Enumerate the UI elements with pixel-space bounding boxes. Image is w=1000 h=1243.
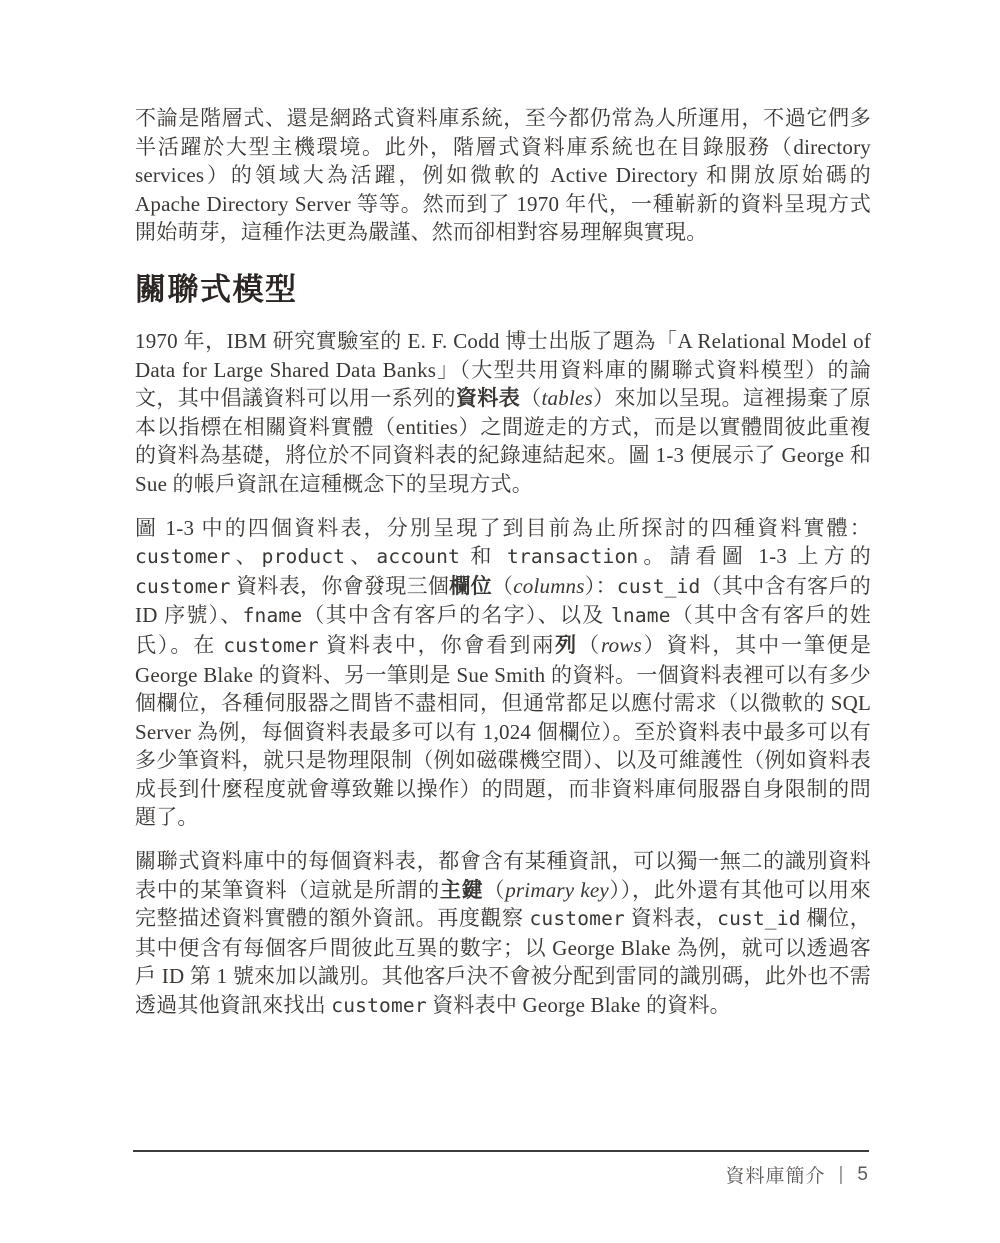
text-run-code: customer xyxy=(135,575,231,598)
text-run: 不論是階層式、還是網路式資料庫系統，至今都仍常為人所運用，不過它們多半活躍於大型… xyxy=(135,106,871,244)
text-run-code: product xyxy=(262,545,346,568)
text-run: 資料表， xyxy=(625,906,717,930)
text-run-it: tables xyxy=(542,386,593,410)
text-run: ）： xyxy=(585,574,617,598)
text-run-code: lname xyxy=(611,604,671,627)
text-run-term: 主鍵 xyxy=(440,878,484,902)
text-run: （ xyxy=(492,574,513,598)
text-run-code: fname xyxy=(243,604,303,627)
text-run: 資料表，你會發現三個 xyxy=(231,574,450,598)
text-run-code: cust_id xyxy=(717,907,801,930)
footer-divider xyxy=(133,1150,869,1152)
text-run: （其中含有客戶的名字）、以及 xyxy=(302,603,611,627)
text-run-code: customer xyxy=(223,634,319,657)
text-run: 、 xyxy=(345,544,376,568)
text-run-it: primary key xyxy=(505,878,609,902)
page-number: 5 xyxy=(857,1164,869,1186)
text-run: （ xyxy=(483,878,505,902)
text-run: （ xyxy=(578,633,601,657)
text-run: 、 xyxy=(231,544,262,568)
book-page: 不論是階層式、還是網路式資料庫系統，至今都仍常為人所運用，不過它們多半活躍於大型… xyxy=(0,0,1000,1243)
page-content: 不論是階層式、還是網路式資料庫系統，至今都仍常為人所運用，不過它們多半活躍於大型… xyxy=(135,104,871,1036)
text-run-code: transaction xyxy=(507,545,638,568)
footer-separator: | xyxy=(838,1164,844,1186)
paragraph-codd-relational-model: 1970 年，IBM 研究實驗室的 E. F. Codd 博士出版了題為「A R… xyxy=(135,327,871,499)
paragraph-figure-1-3-tables: 圖 1-3 中的四個資料表，分別呈現了到目前為止所探討的四種資料實體：custo… xyxy=(135,514,871,833)
text-run: （ xyxy=(520,386,541,410)
text-run-code: customer xyxy=(529,907,625,930)
paragraph-hierarchical-network-db: 不論是階層式、還是網路式資料庫系統，至今都仍常為人所運用，不過它們多半活躍於大型… xyxy=(135,104,871,247)
footer-text: 資料庫簡介 | 5 xyxy=(133,1161,869,1188)
text-run: 資料表中 George Blake 的資料。 xyxy=(427,993,731,1017)
text-run: 圖 1-3 中的四個資料表，分別呈現了到目前為止所探討的四種資料實體： xyxy=(135,516,871,540)
text-run-it: rows xyxy=(601,633,642,657)
text-run-code: customer xyxy=(135,545,231,568)
text-run: ）資料，其中一筆便是 George Blake 的資料、另一筆則是 Sue Sm… xyxy=(135,633,871,830)
text-run: 。請看圖 1-3 上方的 xyxy=(638,544,871,568)
text-run-code: customer xyxy=(331,994,427,1017)
text-run: 資料表中，你會看到兩 xyxy=(319,633,555,657)
paragraph-primary-key: 關聯式資料庫中的每個資料表，都會含有某種資訊，可以獨一無二的識別資料表中的某筆資… xyxy=(135,847,871,1021)
footer-section-title: 資料庫簡介 xyxy=(725,1161,825,1188)
page-footer: 資料庫簡介 | 5 xyxy=(133,1150,869,1188)
text-run-term: 欄位 xyxy=(449,574,492,598)
text-run: 和 xyxy=(460,544,507,568)
section-heading: 關聯式模型 xyxy=(135,270,871,310)
text-run-term: 資料表 xyxy=(456,386,520,410)
text-run-term: 列 xyxy=(555,633,578,657)
text-run-it: columns xyxy=(513,574,584,598)
text-run-code: account xyxy=(376,545,460,568)
text-run-code: cust_id xyxy=(617,575,701,598)
